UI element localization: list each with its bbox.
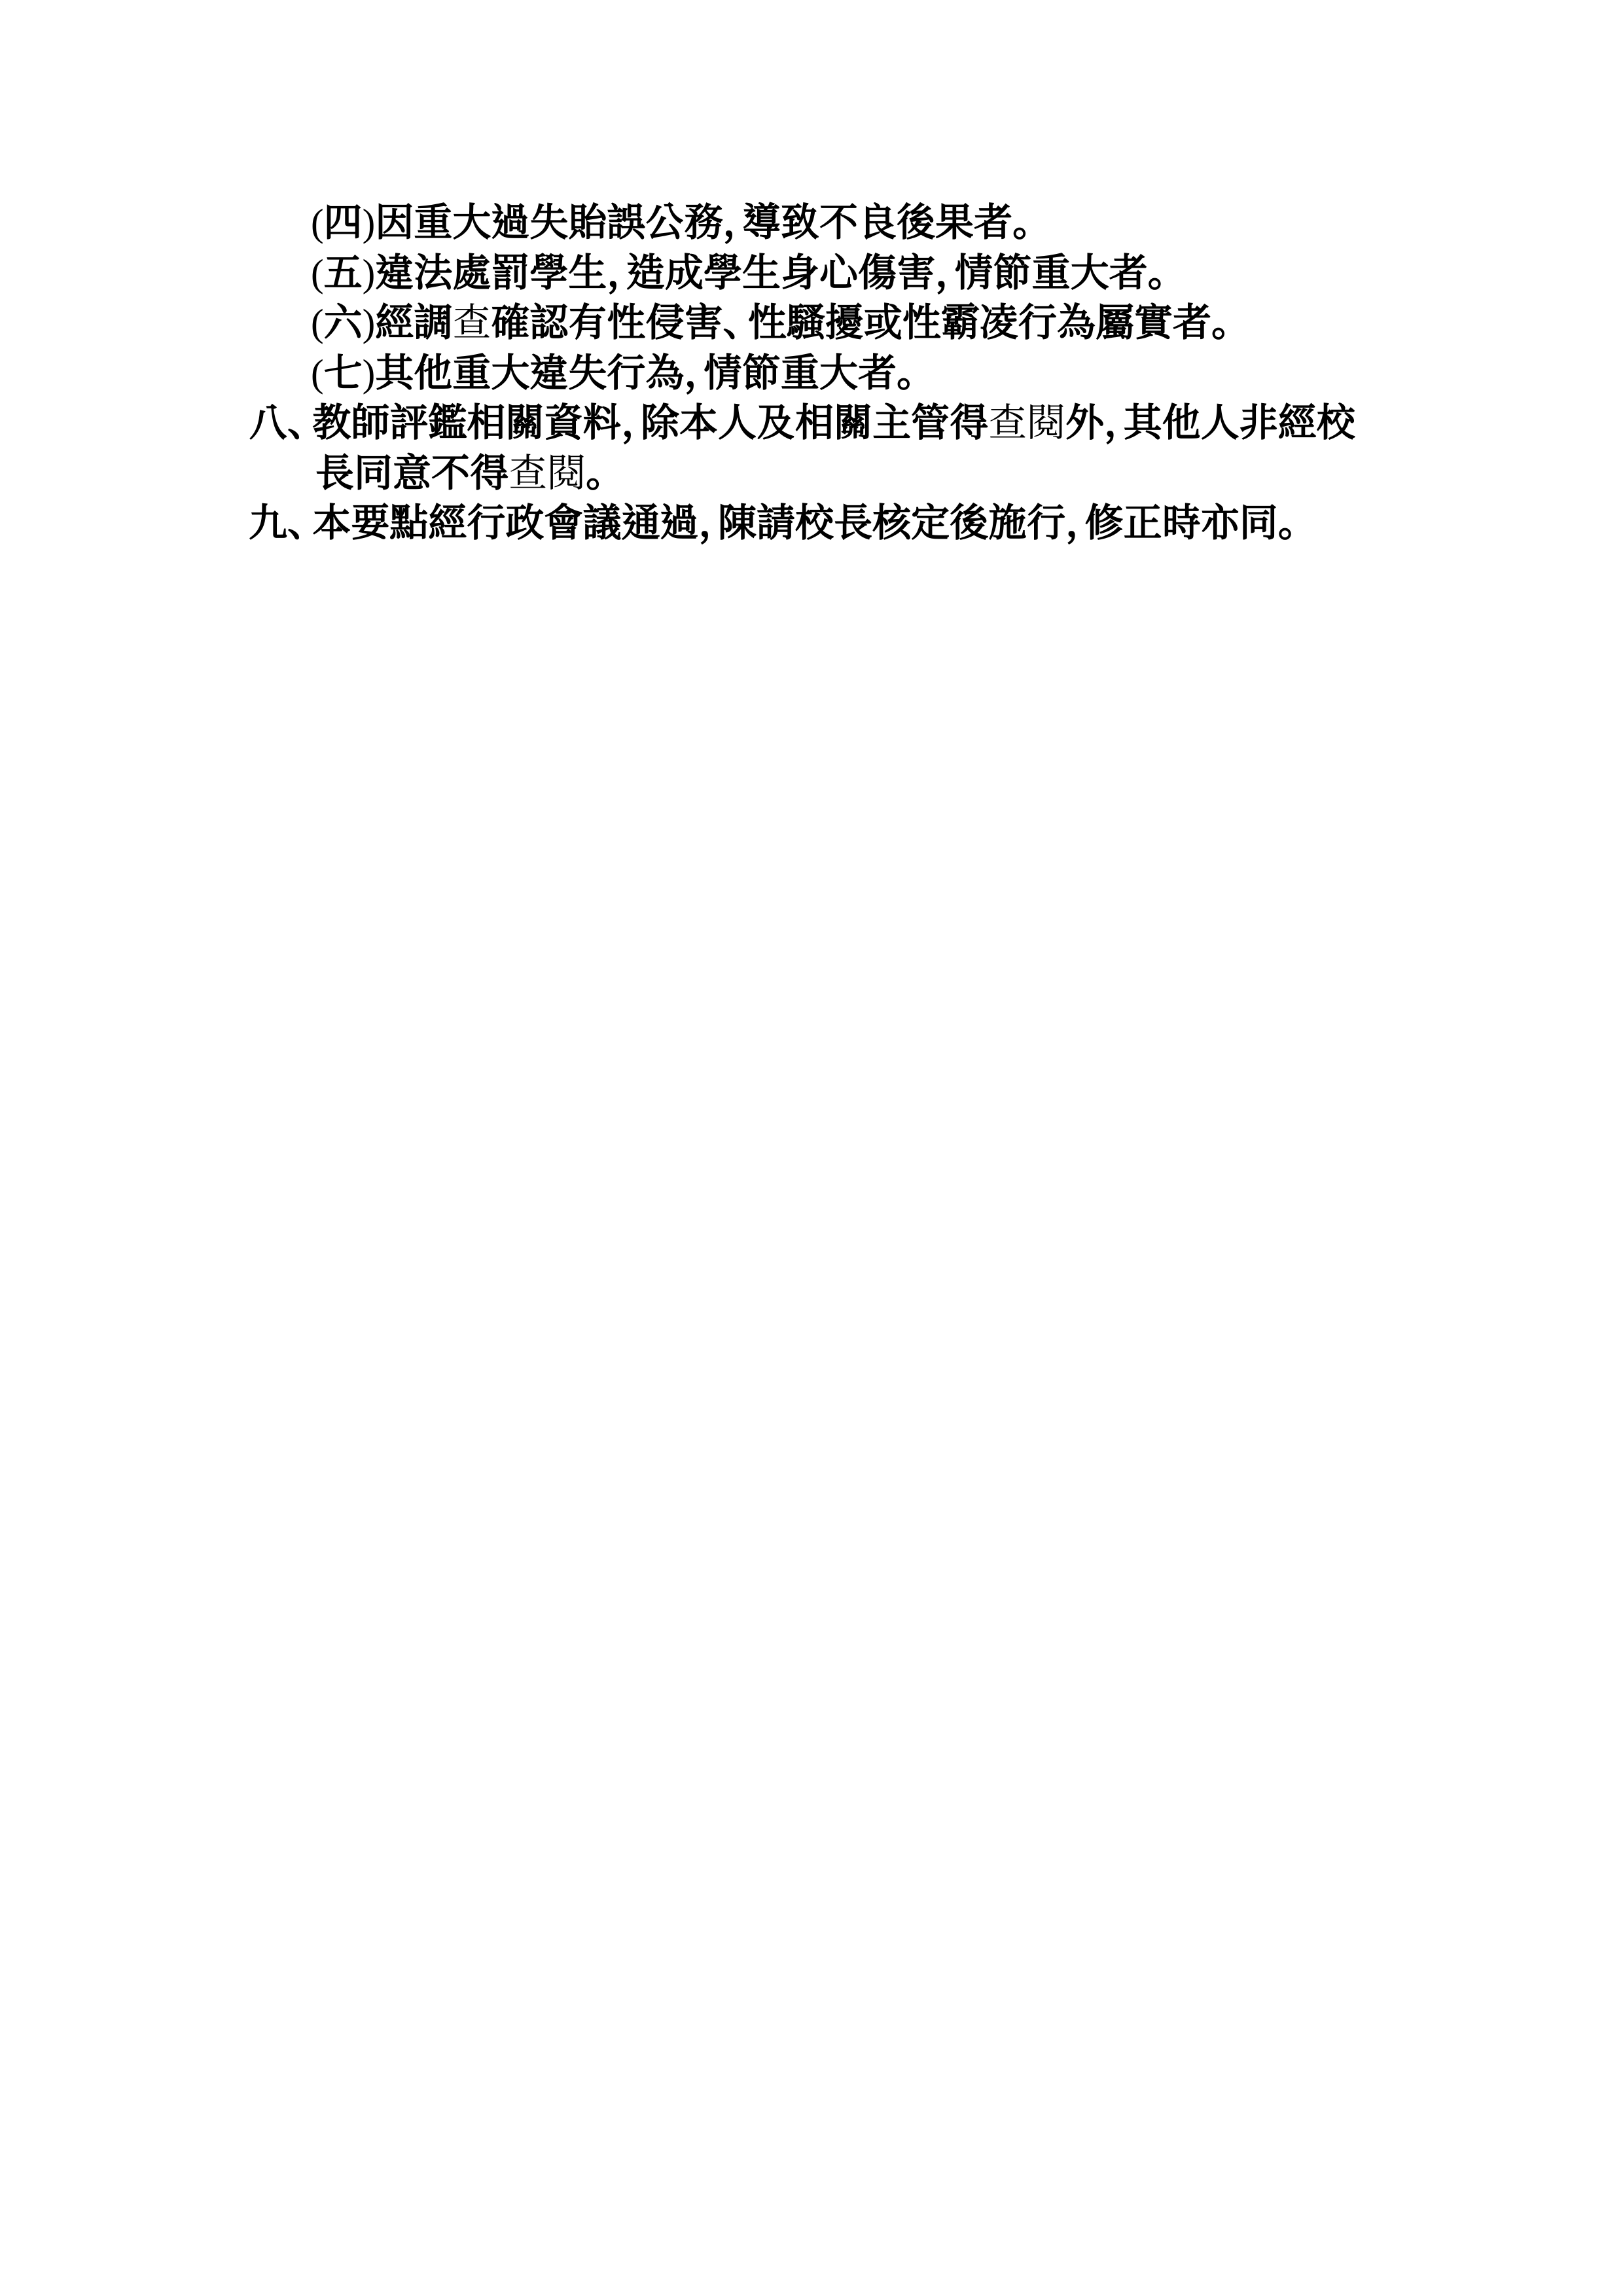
punctuation: 、 bbox=[722, 298, 747, 348]
text-segment: 查 bbox=[452, 301, 491, 344]
text-segment: 查閱 bbox=[508, 452, 586, 495]
text-segment: 經調 bbox=[375, 301, 452, 344]
text-segment: 。 bbox=[586, 452, 611, 495]
punctuation: 。 bbox=[897, 348, 921, 399]
document-page: (四)因重大過失貽誤公務，導致不良後果者。(五)違法處罰學生，造成學生身心傷害，… bbox=[0, 0, 1623, 2296]
text-segment: ( bbox=[311, 201, 324, 244]
document-text-block: (四)因重大過失貽誤公務，導致不良後果者。(五)違法處罰學生，造成學生身心傷害，… bbox=[0, 198, 1623, 548]
text-line: 九、本要點經行政會議通過，陳請校長核定後施行，修正時亦同。 bbox=[0, 498, 1623, 548]
punctuation: ， bbox=[1065, 498, 1085, 548]
text-segment: 因重大過失貽誤公務，導致不良後果者。 bbox=[375, 201, 1037, 244]
punctuation: 。 bbox=[1148, 248, 1173, 298]
text-line: (七)其他重大違失行為，情節重大者。 bbox=[0, 348, 1623, 399]
punctuation: 、 bbox=[287, 398, 312, 448]
punctuation: ， bbox=[621, 398, 641, 448]
text-segment: ) bbox=[363, 301, 376, 344]
punctuation: 。 bbox=[1211, 298, 1236, 348]
punctuation: ， bbox=[1104, 398, 1124, 448]
text-segment: ) bbox=[363, 351, 376, 395]
punctuation: 。 bbox=[586, 448, 611, 499]
punctuation: 、 bbox=[287, 498, 312, 548]
text-segment: ( bbox=[311, 351, 324, 395]
text-line: (四)因重大過失貽誤公務，導致不良後果者。 bbox=[0, 198, 1623, 248]
punctuation: ， bbox=[935, 248, 955, 298]
punctuation: 。 bbox=[1012, 198, 1037, 248]
text-segment: 其他重大違失行為，情節重大者。 bbox=[375, 351, 921, 395]
text-segment: 查閱 bbox=[988, 401, 1065, 444]
text-segment: ) bbox=[363, 201, 376, 244]
punctuation: ， bbox=[607, 248, 626, 298]
text-segment: 八、教師評鑑相關資料，除本人及相關主管得 bbox=[249, 401, 988, 444]
text-segment: ( bbox=[311, 251, 324, 295]
punctuation: ， bbox=[722, 198, 742, 248]
punctuation: ， bbox=[699, 498, 719, 548]
text-segment: 長同意不得 bbox=[315, 452, 508, 495]
text-segment: 確認有性侵害、性騷擾或性霸凌行為屬實者。 bbox=[491, 301, 1236, 344]
text-line: (六)經調查確認有性侵害、性騷擾或性霸凌行為屬實者。 bbox=[0, 298, 1623, 348]
text-line: (五)違法處罰學生，造成學生身心傷害，情節重大者。 bbox=[0, 248, 1623, 298]
text-segment: 七 bbox=[324, 351, 363, 395]
text-segment: 四 bbox=[324, 201, 363, 244]
text-segment: 外，其他人非經校 bbox=[1065, 401, 1355, 444]
text-segment: ( bbox=[311, 301, 324, 344]
text-line: 八、教師評鑑相關資料，除本人及相關主管得查閱外，其他人非經校 bbox=[0, 398, 1623, 448]
text-line: 長同意不得查閱。 bbox=[0, 448, 1623, 499]
punctuation: ， bbox=[684, 348, 704, 399]
text-segment: 違法處罰學生，造成學生身心傷害，情節重大者。 bbox=[375, 251, 1173, 295]
text-segment: 九、本要點經行政會議通過，陳請校長核定後施行，修正時亦同。 bbox=[249, 501, 1303, 545]
text-segment: 五 bbox=[324, 251, 363, 295]
text-segment: ) bbox=[363, 251, 376, 295]
punctuation: 。 bbox=[1278, 498, 1303, 548]
text-segment: 六 bbox=[324, 301, 363, 344]
